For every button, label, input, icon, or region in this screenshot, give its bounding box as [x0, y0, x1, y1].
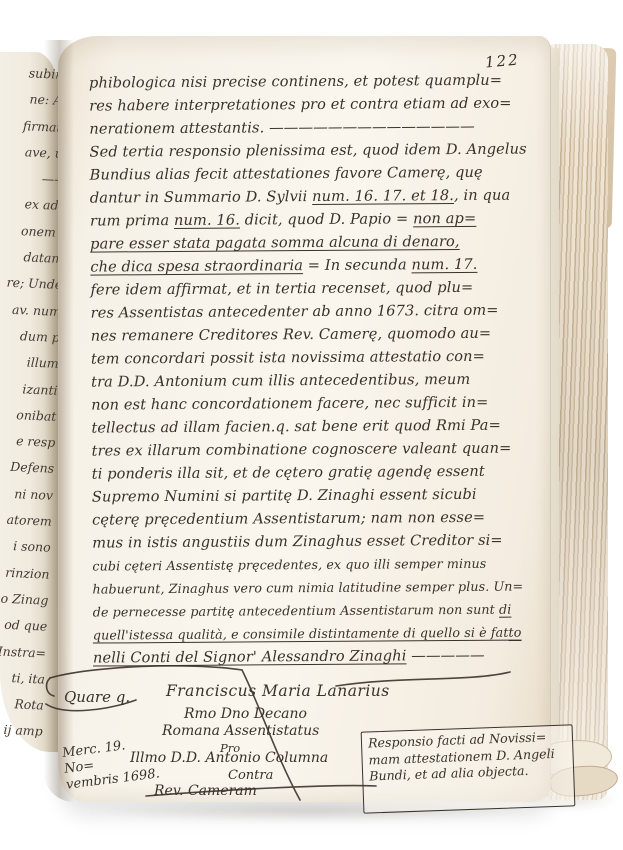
manuscript-line: pare esser stata pagata somma alcuna di … — [90, 229, 539, 255]
left-page-fragment: od que — [0, 610, 48, 640]
left-page-fragment: rinzion — [0, 558, 50, 588]
left-page-fragment: dum p — [0, 321, 60, 351]
manuscript-line: mus in istis angustiis dum Zinaghus esse… — [92, 528, 541, 554]
manuscript-line: non est hanc concordationem facere, nec … — [91, 390, 540, 416]
manuscript-line: Sed tertia responsio plenissima est, quo… — [89, 137, 538, 163]
docket-office: Romana Assentistatus — [162, 723, 319, 739]
manuscript-line: quell'istessa qualità, e consimile disti… — [93, 620, 542, 646]
manuscript-line: cęterę pręcedentium Assentistarum; nam n… — [92, 505, 541, 531]
left-page-fragment: av. num — [0, 295, 62, 325]
left-page-fragment: ti, ita — [0, 663, 45, 693]
left-page-fragment: illum — [0, 347, 59, 377]
manuscript-line: phibologica nisi precise continens, et p… — [89, 68, 538, 94]
left-page-fragment: Defens — [0, 453, 55, 483]
manuscript-line: Supremo Numini si partitę D. Zinaghi ess… — [92, 482, 541, 508]
docket-date-note: Merc. 19. No= vembris 1698. — [61, 734, 162, 793]
left-page-fragment: ij amp — [0, 715, 43, 745]
manuscript-line: che dica spesa straordinaria = In secund… — [90, 252, 539, 278]
manuscript-line: tres ex illarum combinatione cognoscere … — [91, 436, 540, 462]
manuscript-line: tellectus ad illam facien.q. sat bene er… — [91, 413, 540, 439]
manuscript-line: tem concordari possit ista novissima att… — [91, 344, 540, 370]
left-page-fragment: ex adv — [0, 190, 66, 220]
left-page-fragment: onem f — [0, 216, 65, 246]
manuscript-line: dantur in Summario D. Sylvii num. 16. 17… — [90, 183, 539, 209]
left-page-fragment: re; Unde — [0, 269, 63, 299]
response-note-line: objecta. — [478, 763, 529, 780]
docket-addressee: Rmo Dno Decano — [184, 706, 307, 722]
manuscript-line: res Assentistas antecedenter ab anno 167… — [91, 298, 540, 324]
manuscript-line: tra D.D. Antonium cum illis antecedentib… — [91, 367, 540, 393]
manuscript-line: Bundius alias fecit attestationes favore… — [90, 160, 539, 186]
left-page-fragment: i sono — [0, 531, 51, 561]
left-page-fragment: datam — [0, 242, 64, 272]
left-page-fragment: o Zinag — [0, 584, 49, 614]
left-page-fragment: Instra= — [0, 636, 47, 666]
left-page-fragment: onibat — [0, 400, 57, 430]
left-page-fragment: atorem — [0, 505, 52, 535]
left-page-fragment: ni nov — [0, 479, 54, 509]
left-page-fragment: izanti — [0, 374, 58, 404]
docket-section: Quare q. Franciscus Maria Lanarius Rmo D… — [58, 676, 550, 802]
manuscript-line: nelli Conti del Signor' Alessandro Zinag… — [93, 643, 542, 669]
manuscript-line: fere idem affirmat, et in tertia recense… — [90, 275, 539, 301]
manuscript-line: ti ponderis illa sit, et de cętero grati… — [92, 459, 541, 485]
docket-contra: Contra — [228, 768, 273, 783]
docket-quare: Quare q. — [64, 688, 130, 706]
manuscript-line: habuerunt, Zinaghus vero cum nimia latit… — [92, 574, 541, 600]
docket-signature: Franciscus Maria Lanarius — [166, 682, 390, 700]
manuscript-lines: phibologica nisi precise continens, et p… — [89, 68, 542, 669]
manuscript-photo: subindne: Abfirmataave, ut——ex advonem f… — [0, 0, 623, 850]
manuscript-line: nerationem attestantis. —————————————— — [89, 114, 538, 140]
facing-page-sliver: subindne: Abfirmataave, ut——ex advonem f… — [0, 52, 62, 752]
manuscript-line: cubi cęteri Assentistę pręcedentes, ex q… — [92, 551, 541, 577]
manuscript-line: res habere interpretationes pro et contr… — [89, 91, 538, 117]
left-page-fragment: e resp — [0, 426, 56, 456]
manuscript-line: de pernecesse partitę antecedentium Asse… — [93, 597, 542, 623]
docket-response-box: Responsio facti ad Novissi= mam attestat… — [361, 724, 576, 813]
manuscript-page: 122 phibologica nisi precise continens, … — [58, 36, 551, 802]
docket-respondent: Rev. Cameram — [154, 783, 257, 799]
manuscript-line: rum prima num. 16. dicit, quod D. Papio … — [90, 206, 539, 232]
manuscript-line: nes remanere Creditores Rev. Camerę, quo… — [91, 321, 540, 347]
left-page-fragment: Rota — [0, 689, 44, 719]
